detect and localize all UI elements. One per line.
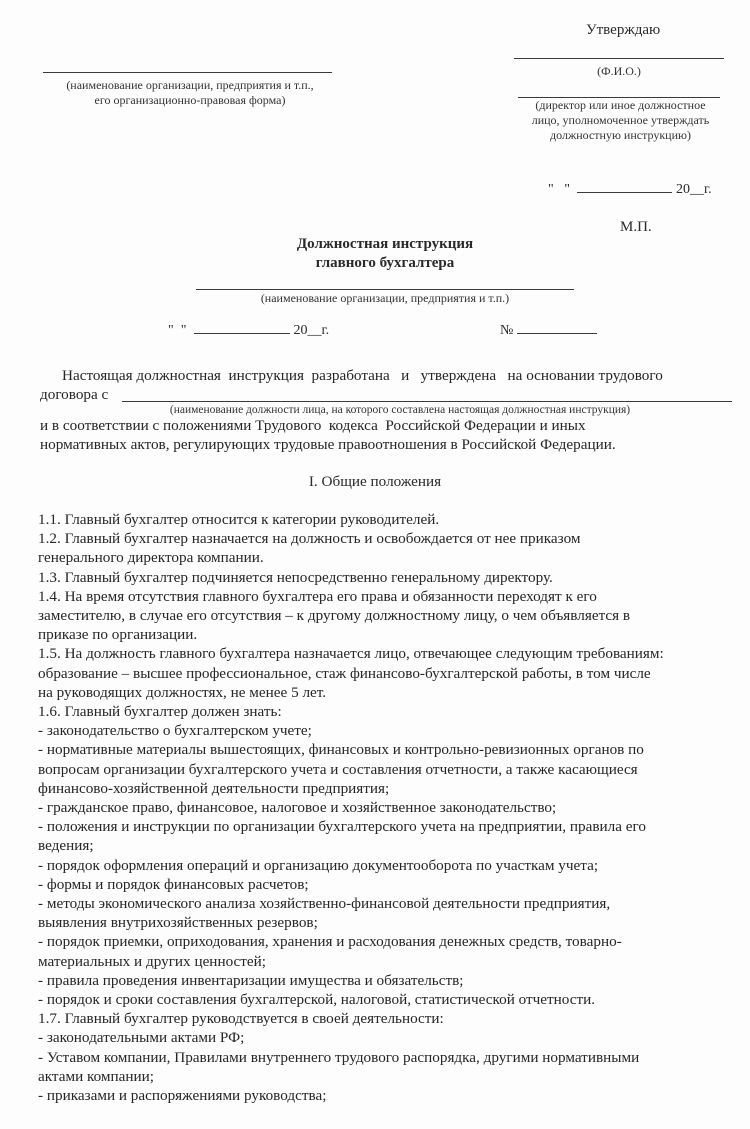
org-caption-line2: его организационно-правовая форма) <box>30 93 350 108</box>
approve-date-blank <box>577 192 672 193</box>
org-name-blank-line <box>43 72 332 73</box>
intro-line2-prefix: договора с <box>40 386 108 403</box>
section-line: материальных и других ценностей; <box>38 952 738 971</box>
section-line: - гражданское право, финансовое, налогов… <box>38 798 738 817</box>
intro-continuation: и в соответствии с положениями Трудового… <box>40 416 730 454</box>
section-line: - законодательство о бухгалтерском учете… <box>38 721 738 740</box>
stamp-label: М.П. <box>620 219 652 236</box>
section-line: 1.1. Главный бухгалтер относится к катег… <box>38 510 738 529</box>
section-line: 1.4. На время отсутствия главного бухгал… <box>38 587 738 606</box>
approve-date: " " 20__г. <box>548 182 712 198</box>
section-line: - порядок и сроки составления бухгалтерс… <box>38 990 738 1009</box>
section-line: выявления внутрихозяйственных резервов; <box>38 913 738 932</box>
section-line: 1.5. На должность главного бухгалтера на… <box>38 644 738 663</box>
approve-date-quotes: " " <box>548 182 570 197</box>
section-line: - приказами и распоряжениями руководства… <box>38 1086 738 1105</box>
document-date: " " 20__г. <box>168 323 329 339</box>
title-line1: Должностная инструкция <box>200 235 570 254</box>
section-1-title: I. Общие положения <box>230 473 520 491</box>
fio-blank-line <box>514 58 724 59</box>
approve-label: Утверждаю <box>586 22 660 39</box>
title-line2: главного бухгалтера <box>200 254 570 273</box>
section-line: на руководящих должностях, не менее 5 ле… <box>38 683 738 702</box>
section-1-body: 1.1. Главный бухгалтер относится к катег… <box>38 510 738 1105</box>
section-line: 1.6. Главный бухгалтер должен знать: <box>38 702 738 721</box>
section-line: - положения и инструкции по организации … <box>38 817 738 836</box>
section-line: финансово-хозяйственной деятельности пре… <box>38 779 738 798</box>
title-org-caption: (наименование организации, предприятия и… <box>196 291 574 306</box>
section-line: - методы экономического анализа хозяйств… <box>38 894 738 913</box>
section-line: - законодательными актами РФ; <box>38 1028 738 1047</box>
document-title: Должностная инструкция главного бухгалте… <box>200 235 570 273</box>
intro-line3: и в соответствии с положениями Трудового… <box>40 416 730 435</box>
section-line: актами компании; <box>38 1067 738 1086</box>
number-blank <box>517 333 597 334</box>
director-caption: (директор или иное должностное лицо, упо… <box>508 98 733 143</box>
document-number: № <box>500 323 597 339</box>
section-line: ведения; <box>38 836 738 855</box>
org-name-caption: (наименование организации, предприятия и… <box>30 78 350 108</box>
intro-line1: Настоящая должностная инструкция разрабо… <box>40 366 730 385</box>
approve-date-year: 20__г. <box>676 182 712 197</box>
section-line: - формы и порядок финансовых расчетов; <box>38 875 738 894</box>
section-line: вопросам организации бухгалтерского учет… <box>38 760 738 779</box>
title-org-blank-line <box>196 289 574 290</box>
section-line: заместителю, в случае его отсутствия – к… <box>38 606 738 625</box>
intro-line2: договора с <box>40 385 730 404</box>
section-line: образование – высшее профессиональное, с… <box>38 664 738 683</box>
intro-line4: нормативных актов, регулирующих трудовые… <box>40 435 730 454</box>
section-line: 1.3. Главный бухгалтер подчиняется непос… <box>38 568 738 587</box>
section-line: 1.2. Главный бухгалтер назначается на до… <box>38 529 738 548</box>
fio-caption: (Ф.И.О.) <box>514 64 724 79</box>
org-caption-line1: (наименование организации, предприятия и… <box>30 78 350 93</box>
director-caption-line3: должностную инструкцию) <box>508 128 733 143</box>
section-line: - нормативные материалы вышестоящих, фин… <box>38 740 738 759</box>
doc-date-blank <box>194 333 290 334</box>
number-label: № <box>500 323 513 338</box>
section-line: приказе по организации. <box>38 625 738 644</box>
director-caption-line2: лицо, уполномоченное утверждать <box>508 113 733 128</box>
section-line: - правила проведения инвентаризации имущ… <box>38 971 738 990</box>
section-line: генерального директора компании. <box>38 548 738 567</box>
doc-date-year: 20__г. <box>293 323 329 338</box>
section-line: - порядок оформления операций и организа… <box>38 856 738 875</box>
section-line: 1.7. Главный бухгалтер руководствуется в… <box>38 1009 738 1028</box>
intro-paragraph: Настоящая должностная инструкция разрабо… <box>40 366 730 404</box>
section-line: - порядок приемки, оприходования, хранен… <box>38 932 738 951</box>
section-line: - Уставом компании, Правилами внутреннег… <box>38 1048 738 1067</box>
director-caption-line1: (директор или иное должностное <box>508 98 733 113</box>
doc-date-quotes: " " <box>168 323 186 338</box>
